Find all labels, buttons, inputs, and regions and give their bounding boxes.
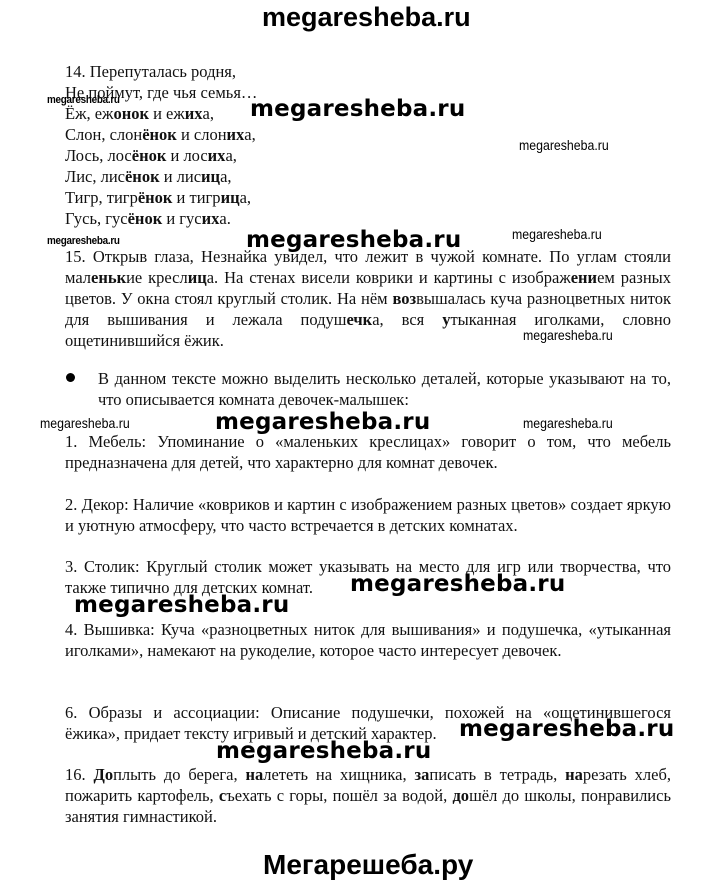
site-watermark-footer: Мегарешеба.ру [263, 851, 473, 879]
exercise-15-bullet-text: В данном тексте можно выделить несколько… [98, 368, 671, 410]
watermark: megaresheba.ru [459, 718, 674, 741]
exercise-15-point-4: 4. Вышивка: Куча «разноцветных ниток для… [65, 619, 671, 661]
watermark: megaresheba.ru [523, 328, 613, 342]
watermark: megaresheba.ru [519, 138, 609, 152]
watermark: megaresheba.ru [512, 227, 602, 241]
site-watermark-header: megaresheba.ru [262, 4, 471, 31]
watermark: megaresheba.ru [216, 740, 431, 763]
exercise-15-point-2: 2. Декор: Наличие «ковриков и картин с и… [65, 494, 671, 536]
poem-line: Ёж, ежонок и ежиха, [65, 106, 214, 123]
poem-line: Тигр, тигрёнок и тигрица, [65, 190, 251, 207]
poem-line: Лис, лисёнок и лисица, [65, 169, 232, 186]
watermark: megaresheba.ru [74, 594, 289, 617]
watermark: megaresheba.ru [246, 229, 461, 252]
bullet-icon [66, 373, 75, 382]
watermark: megaresheba.ru [40, 416, 130, 430]
exercise-16-text: 16. Доплыть до берега, налететь на хищни… [65, 764, 671, 827]
watermark: megaresheba.ru [215, 411, 430, 434]
watermark: megaresheba.ru [523, 416, 613, 430]
poem-line: Гусь, гусёнок и гусиха. [65, 211, 231, 228]
poem-line: Лось, лосёнок и лосиха, [65, 148, 237, 165]
exercise-15-point-1: 1. Мебель: Упоминание о «маленьких кресл… [65, 431, 671, 473]
watermark: megaresheba.ru [47, 236, 120, 247]
poem-line: Слон, слонёнок и слониха, [65, 127, 256, 144]
poem-line: 14. Перепуталась родня, [65, 64, 236, 81]
watermark: megaresheba.ru [250, 98, 465, 121]
watermark: megaresheba.ru [350, 573, 565, 596]
watermark: megaresheba.ru [47, 95, 120, 106]
